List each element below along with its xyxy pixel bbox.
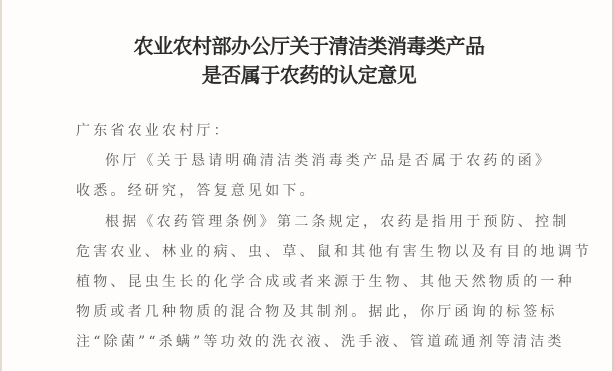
paragraph-2-line-2: 危害农业、林业的病、虫、草、鼠和其他有害生物以及有目的地调节 xyxy=(76,241,592,261)
paragraph-2-line-4: 物质或者几种物质的混合物及其制剂。据此，你厅函询的标签标 xyxy=(76,301,558,321)
paragraph-2-line-5: 注“除菌”“杀螨”等功效的洗衣液、洗手液、管道疏通剂等清洁类 xyxy=(76,331,565,351)
paragraph-1-line-1: 你厅《关于恳请明确清洁类消毒类产品是否属于农药的函》 xyxy=(105,150,552,170)
document-title-line-2: 是否属于农药的认定意见 xyxy=(2,59,614,88)
paragraph-2-line-1: 根据《农药管理条例》第二条规定，农药是指用于预防、控制 xyxy=(105,211,569,231)
salutation: 广东省农业农村厅： xyxy=(76,120,231,140)
document-title-line-1: 农业农村部办公厅关于清洁类消毒类产品 xyxy=(2,30,614,59)
paragraph-1-line-2: 收悉。经研究，答复意见如下。 xyxy=(76,180,317,200)
paragraph-2-line-3: 植物、昆虫生长的化学合成或者来源于生物、其他天然物质的一种 xyxy=(76,271,575,291)
document-page: 农业农村部办公厅关于清洁类消毒类产品 是否属于农药的认定意见 广东省农业农村厅：… xyxy=(0,0,614,371)
